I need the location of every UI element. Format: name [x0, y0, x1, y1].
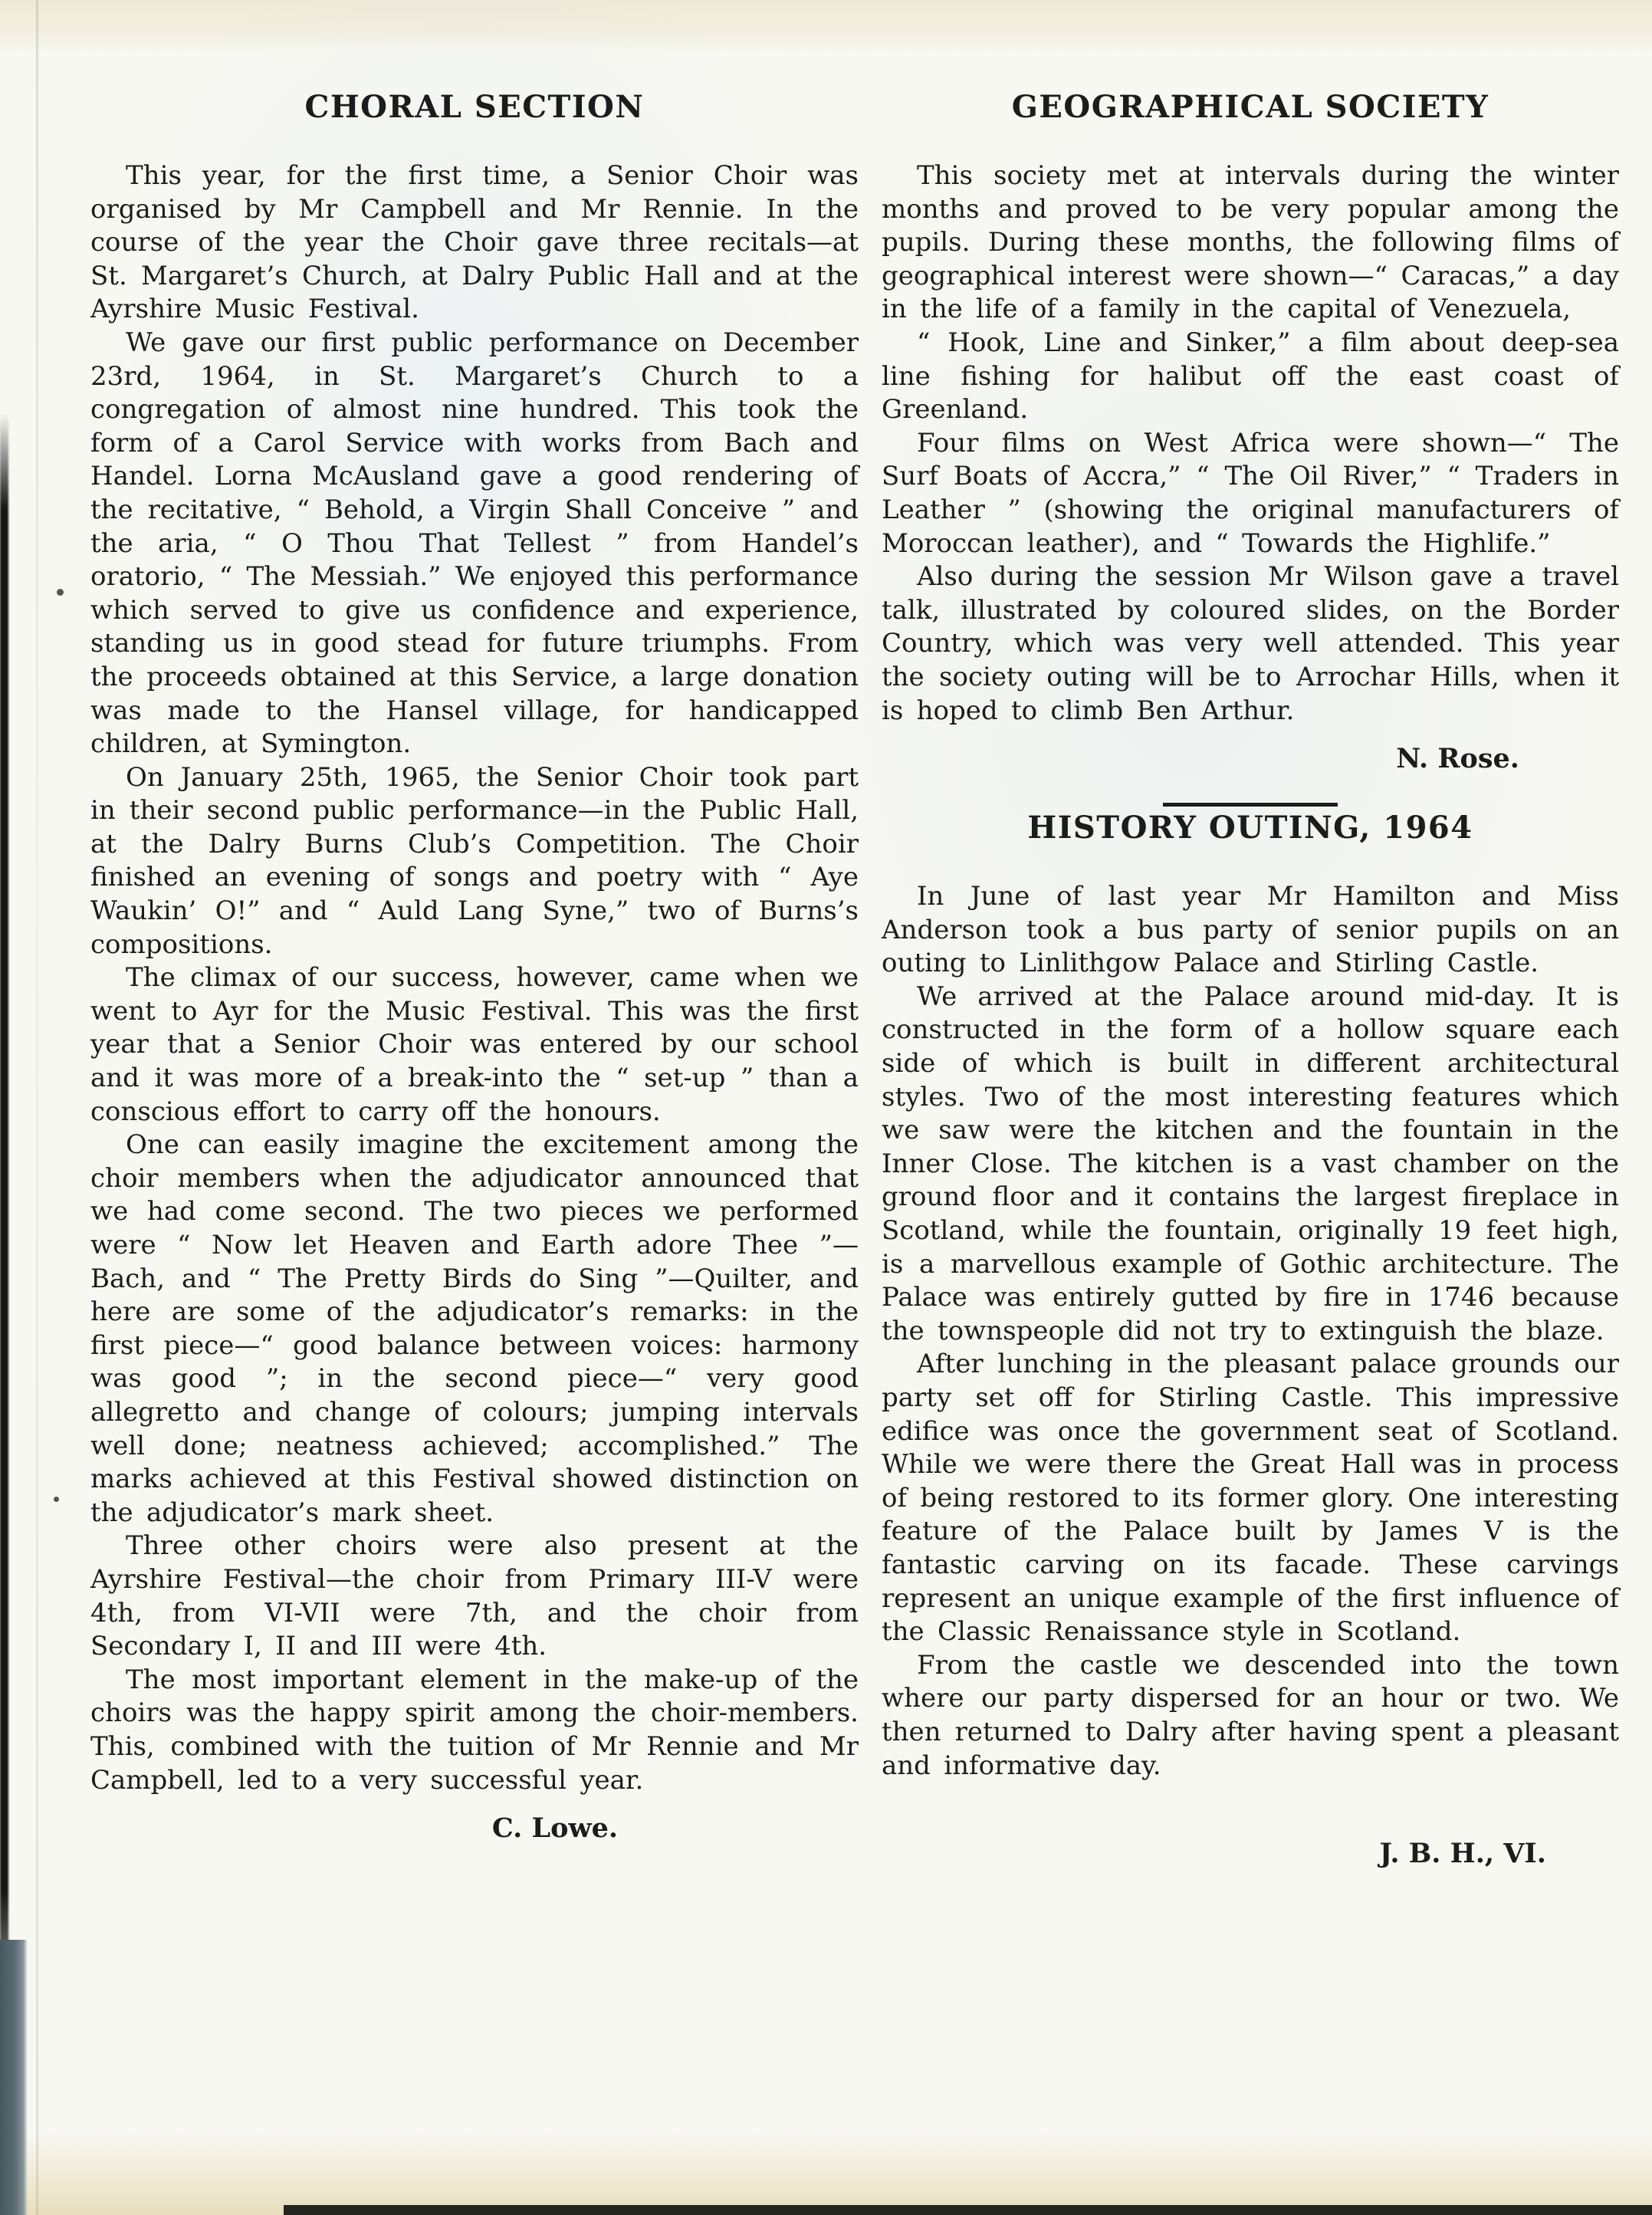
page-spine-slate-edge	[0, 1940, 28, 2215]
paragraph: The climax of our success, however, came…	[90, 961, 859, 1129]
author-signature-history: J. B. H., VI.	[882, 1836, 1619, 1872]
section-title-geographical: GEOGRAPHICAL SOCIETY	[882, 86, 1619, 129]
paragraph: “ Hook, Line and Sinker,” a film about d…	[882, 327, 1619, 427]
paragraph: The most important element in the make-u…	[90, 1664, 859, 1797]
author-signature-geographical: N. Rose.	[882, 741, 1619, 777]
paragraph: From the castle we descended into the to…	[882, 1649, 1619, 1783]
paragraph: We gave our first public performance on …	[90, 327, 859, 761]
paragraph: This society met at intervals during the…	[882, 159, 1619, 327]
paragraph: One can easily imagine the excitement am…	[90, 1129, 859, 1530]
paragraph: This year, for the first time, a Senior …	[90, 159, 859, 327]
paragraph: Four films on West Africa were shown—“ T…	[882, 427, 1619, 560]
page-spine-shadow	[0, 414, 8, 1986]
section-title-choral: CHORAL SECTION	[90, 86, 859, 129]
magazine-page: CHORAL SECTION This year, for the first …	[0, 0, 1652, 2215]
section-title-history: HISTORY OUTING, 1964	[882, 807, 1619, 850]
column-right: GEOGRAPHICAL SOCIETY This society met at…	[882, 86, 1619, 1872]
ink-fleck	[54, 1497, 59, 1502]
paragraph: Also during the session Mr Wilson gave a…	[882, 560, 1619, 728]
paragraph: In June of last year Mr Hamilton and Mis…	[882, 880, 1619, 981]
paragraph: Three other choirs were also present at …	[90, 1530, 859, 1663]
page-bottom-dark-edge	[284, 2205, 1652, 2215]
column-choral-section: CHORAL SECTION This year, for the first …	[90, 86, 859, 1846]
paragraph: We arrived at the Palace around mid-day.…	[882, 981, 1619, 1349]
paragraph: On January 25th, 1965, the Senior Choir …	[90, 761, 859, 962]
page-crease-line	[36, 0, 38, 2215]
author-signature-choral: C. Lowe.	[171, 1811, 939, 1846]
ink-fleck	[57, 589, 64, 596]
paragraph: After lunching in the pleasant palace gr…	[882, 1348, 1619, 1648]
